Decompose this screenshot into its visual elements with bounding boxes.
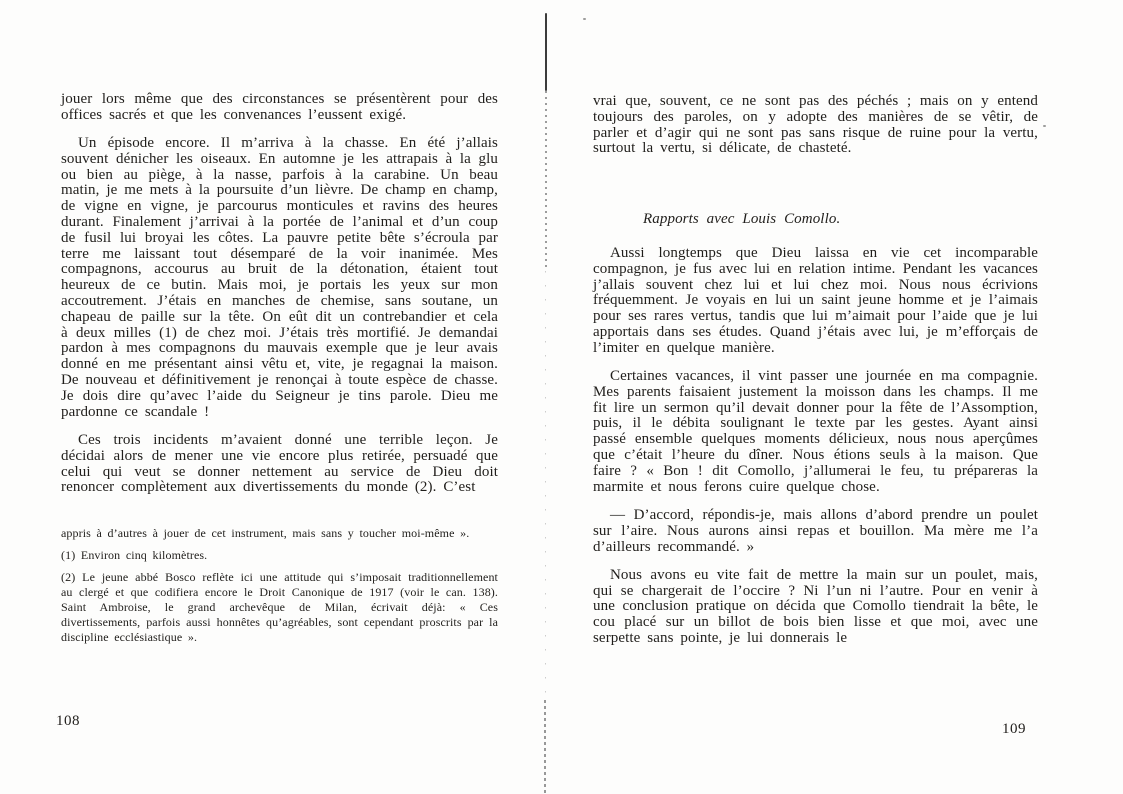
intro-paragraph: vrai que, souvent, ce ne sont pas des pé… bbox=[593, 94, 1038, 157]
paragraph: Ces trois incidents m’avaient donné une … bbox=[61, 433, 498, 496]
paragraph: — D’accord, répondis-je, mais allons d’a… bbox=[593, 508, 1038, 555]
binding-line-segment bbox=[545, 13, 547, 91]
scan-artifact-speck bbox=[583, 18, 586, 20]
binding-line-segment bbox=[544, 700, 546, 794]
paragraph: Certaines vacances, il vint passer une j… bbox=[593, 369, 1038, 495]
binding-line-segment bbox=[545, 91, 547, 271]
section-heading: Rapports avec Louis Comollo. bbox=[643, 212, 1038, 228]
footnotes-block: appris à d’autres à jouer de cet instrum… bbox=[61, 526, 498, 645]
left-page-body: jouer lors même que des circonstances se… bbox=[61, 92, 498, 496]
footnote-list: (1) Environ cinq kilomètres.(2) Le jeune… bbox=[61, 548, 498, 645]
paragraph: jouer lors même que des circonstances se… bbox=[61, 92, 498, 124]
paragraph: Nous avons eu vite fait de mettre la mai… bbox=[593, 568, 1038, 647]
page-number-right: 109 bbox=[1002, 721, 1026, 738]
footnote: (1) Environ cinq kilomètres. bbox=[61, 548, 498, 563]
scanned-book-spread: { "colors": { "paper": "#fdfdfc", "ink":… bbox=[0, 0, 1123, 794]
right-page-body: Aussi longtemps que Dieu laissa en vie c… bbox=[593, 246, 1038, 647]
right-page: vrai que, souvent, ce ne sont pas des pé… bbox=[593, 94, 1038, 659]
paragraph: Aussi longtemps que Dieu laissa en vie c… bbox=[593, 246, 1038, 357]
footnote-continuation: appris à d’autres à jouer de cet instrum… bbox=[61, 526, 498, 541]
scan-artifact-speck bbox=[1043, 125, 1046, 127]
footnote: (2) Le jeune abbé Bosco reflète ici une … bbox=[61, 570, 498, 645]
binding-line-segment bbox=[545, 271, 546, 696]
paragraph: Un épisode encore. Il m’arriva à la chas… bbox=[61, 136, 498, 420]
left-page: jouer lors même que des circonstances se… bbox=[61, 92, 498, 652]
page-number-left: 108 bbox=[56, 713, 80, 730]
